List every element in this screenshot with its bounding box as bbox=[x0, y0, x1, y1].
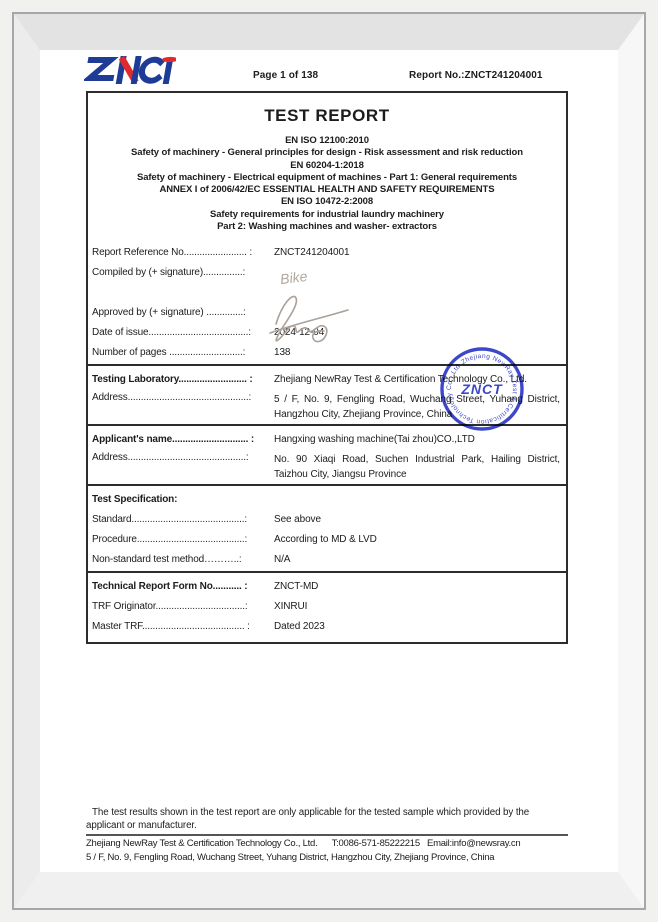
table-row: Report Reference No.....................… bbox=[92, 242, 562, 262]
row-label: Compiled by (+ signature)...............… bbox=[92, 267, 270, 278]
row-value: According to MD & LVD bbox=[270, 534, 562, 545]
standard-line: ANNEX I of 2006/42/EC ESSENTIAL HEALTH A… bbox=[88, 184, 566, 196]
frame-inner-line: Page 1 of 138 Report No.:ZNCT241204001 T… bbox=[12, 12, 646, 910]
row-value: See above bbox=[270, 514, 562, 525]
row-value: ZNCT241204001 bbox=[270, 247, 562, 258]
row-label: Approved by (+ signature) ..............… bbox=[92, 307, 270, 318]
frame-mat: Page 1 of 138 Report No.:ZNCT241204001 T… bbox=[14, 14, 644, 908]
photo-frame: Page 1 of 138 Report No.:ZNCT241204001 T… bbox=[0, 0, 658, 922]
standard-line: Part 2: Washing machines and washer- ext… bbox=[88, 221, 566, 233]
footer-company-line2: 5 / F, No. 9, Fengling Road, Wuchang Str… bbox=[86, 851, 568, 864]
table-row: Non-standard test method………..: N/A bbox=[92, 549, 562, 569]
page-number: Page 1 of 138 bbox=[253, 70, 318, 81]
row-value: XINRUI bbox=[270, 601, 562, 612]
report-title: TEST REPORT bbox=[88, 106, 566, 126]
table-row: Standard................................… bbox=[92, 509, 562, 529]
table-row: Technical Report Form No........... : ZN… bbox=[92, 576, 562, 596]
row-label: Testing Laboratory......................… bbox=[92, 374, 270, 385]
company-stamp: Zhejiang NewRay Test & Certification Tec… bbox=[427, 334, 537, 444]
row-label: Address.................................… bbox=[92, 452, 270, 463]
report-number: Report No.:ZNCT241204001 bbox=[409, 70, 543, 81]
standard-line: Safety of machinery - General principles… bbox=[88, 147, 566, 159]
row-value: No. 90 Xiaqi Road, Suchen Industrial Par… bbox=[270, 452, 562, 482]
row-label: Report Reference No.....................… bbox=[92, 247, 270, 258]
table-row: Procedure...............................… bbox=[92, 529, 562, 549]
row-label: Technical Report Form No........... : bbox=[92, 581, 270, 592]
row-value: N/A bbox=[270, 554, 562, 565]
row-label: Standard................................… bbox=[92, 514, 270, 525]
standard-line: EN ISO 12100:2010 bbox=[88, 135, 566, 147]
table-row: Master TRF..............................… bbox=[92, 616, 562, 636]
row-label: Date of issue...........................… bbox=[92, 327, 270, 338]
row-value: ZNCT-MD bbox=[270, 581, 562, 592]
row-label: Applicant's name........................… bbox=[92, 434, 270, 445]
footer-company-line1: Zhejiang NewRay Test & Certification Tec… bbox=[86, 837, 568, 850]
document-page: Page 1 of 138 Report No.:ZNCT241204001 T… bbox=[40, 50, 618, 872]
table-row: Test Specification: bbox=[92, 489, 562, 509]
section-trf: Technical Report Form No........... : ZN… bbox=[88, 571, 566, 638]
section-test-specification: Test Specification: Standard............… bbox=[88, 484, 566, 571]
footer-note: The test results shown in the test repor… bbox=[86, 806, 568, 832]
standard-line: Safety of machinery - Electrical equipme… bbox=[88, 172, 566, 184]
row-label: Non-standard test method………..: bbox=[92, 554, 270, 565]
footer-divider bbox=[86, 834, 568, 836]
row-label: Address.................................… bbox=[92, 392, 270, 403]
row-label: Procedure...............................… bbox=[92, 534, 270, 545]
table-row: Address.................................… bbox=[92, 449, 562, 482]
standards-list: EN ISO 12100:2010 Safety of machinery - … bbox=[88, 135, 566, 233]
standard-line: EN 60204-1:2018 bbox=[88, 160, 566, 172]
znct-logo-icon bbox=[84, 54, 176, 89]
row-label: Test Specification: bbox=[92, 494, 270, 505]
row-label: TRF Originator..........................… bbox=[92, 601, 270, 612]
row-value: Dated 2023 bbox=[270, 621, 562, 632]
row-label: Master TRF..............................… bbox=[92, 621, 270, 632]
standard-line: EN ISO 10472-2:2008 bbox=[88, 196, 566, 208]
table-row: TRF Originator..........................… bbox=[92, 596, 562, 616]
row-label: Number of pages ........................… bbox=[92, 347, 270, 358]
standard-line: Safety requirements for industrial laund… bbox=[88, 209, 566, 221]
stamp-center-text: ZNCT bbox=[460, 381, 503, 397]
compiled-signature-text: Bike bbox=[279, 268, 308, 287]
page-footer: The test results shown in the test repor… bbox=[86, 806, 568, 864]
approved-signature bbox=[260, 288, 360, 349]
